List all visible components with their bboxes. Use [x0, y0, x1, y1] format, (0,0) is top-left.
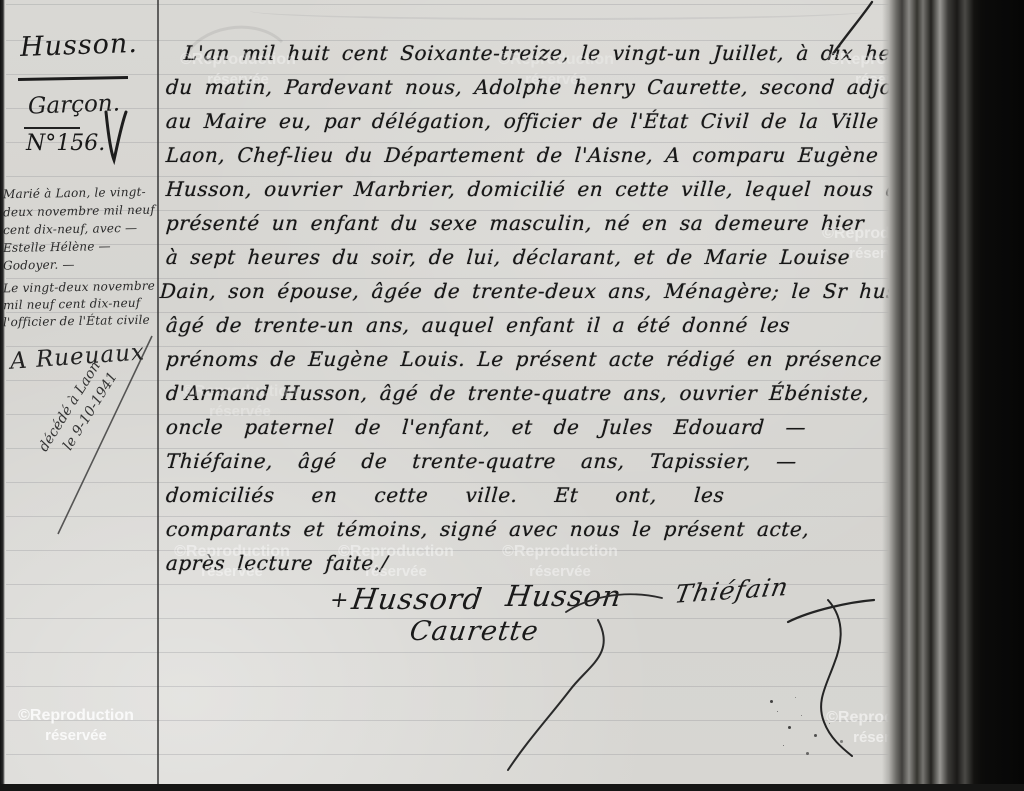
signature-husson-uncle: Husson — [504, 579, 625, 613]
marginal-note-line: Godoyer. — — [3, 257, 75, 272]
body-line: âgé de trente-un ans, auquel enfant il a… — [165, 313, 791, 337]
body-line: du matin, Pardevant nous, Adolphe henry … — [165, 75, 922, 99]
act-number: N°156. — [26, 131, 105, 156]
body-line: L'an mil huit cent Soixante-treize, le v… — [183, 41, 939, 65]
book-binding-gutter — [882, 0, 1024, 791]
body-line: Husson, ouvrier Marbrier, domicilié en c… — [165, 177, 899, 201]
marginal-note-line: deux novembre mil neuf — [3, 203, 155, 220]
page-bottom-edge — [0, 784, 1024, 791]
registry-page-scan: Husson. Garçon. N°156. Marié à Laon, le … — [0, 0, 1024, 791]
body-line: prénoms de Eugène Louis. Le présent acte… — [165, 347, 883, 371]
page-left-edge — [0, 0, 5, 791]
marginal-note-line: Estelle Hélène — — [3, 239, 111, 255]
marginal-note-line: Marié à Laon, le vingt- — [3, 185, 146, 201]
body-line: d'Armand Husson, âgé de trente-quatre an… — [165, 381, 870, 405]
bleed-through-ghost — [250, 2, 870, 20]
body-line: après lecture faite./ — [165, 551, 389, 575]
body-line: présenté un enfant du sexe masculin, né … — [165, 211, 865, 235]
body-line: au Maire eu, par délégation, officier de… — [165, 109, 917, 133]
body-line: domiciliés en cette ville. Et ont, les — [165, 483, 725, 507]
margin-rule-line — [157, 0, 159, 784]
body-line: à sept heures du soir, de lui, déclarant… — [165, 245, 851, 269]
body-line: oncle paternel de l'enfant, et de Jules … — [165, 415, 807, 439]
body-line: Dain, son épouse, âgée de trente-deux an… — [159, 279, 942, 303]
marginal-note-line: mil neuf cent dix-neuf — [3, 296, 141, 312]
signature-cross-mark: + — [328, 588, 350, 613]
marginal-note-line: cent dix-neuf, avec — — [3, 221, 138, 237]
body-line: Thiéfaine, âgé de trente-quatre ans, Tap… — [165, 449, 797, 473]
margin-underline — [24, 127, 80, 129]
marginal-note-line: Le vingt-deux novembre — [3, 279, 155, 296]
marginal-note-line: l'officier de l'État civile — [3, 313, 150, 330]
body-line: comparants et témoins, signé avec nous l… — [165, 517, 810, 541]
signature-caurette: Caurette — [408, 616, 541, 647]
ink-speckles — [770, 700, 773, 703]
margin-gender: Garçon. — [28, 90, 121, 119]
body-line: Laon, Chef-lieu du Département de l'Aisn… — [165, 143, 879, 167]
margin-surname: Husson. — [19, 28, 138, 63]
signature-husson-father: Hussord — [350, 582, 485, 616]
